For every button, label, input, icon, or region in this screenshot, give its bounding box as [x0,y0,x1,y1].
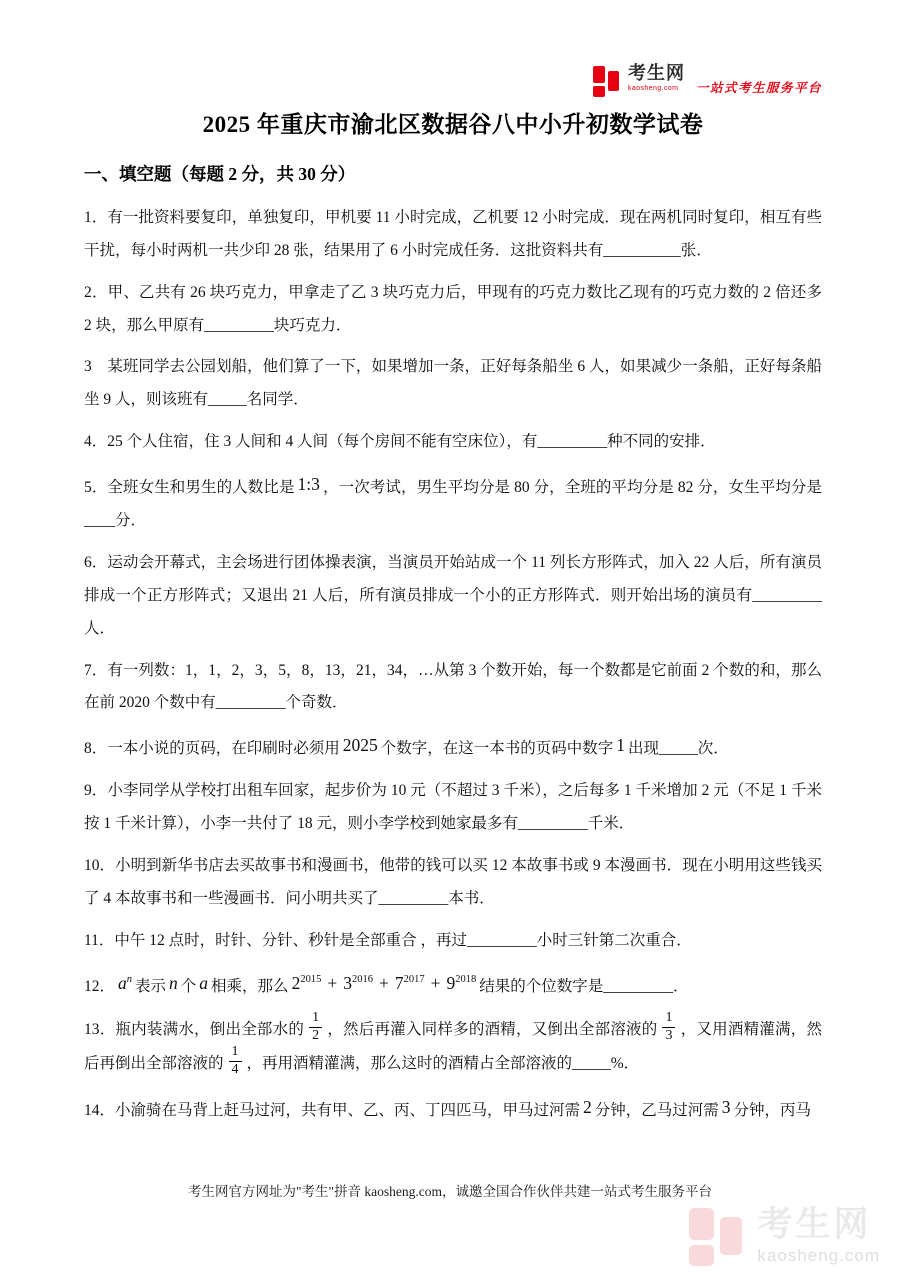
question-text: 结果的个位数字是_________． [479,978,688,995]
math-expression: + [376,973,392,993]
question-2: 2．甲、乙共有 26 块巧克力，甲拿走了乙 3 块巧克力后，甲现有的巧克力数比乙… [84,277,822,343]
question-1: 1．有一批资料要复印，单独复印，甲机要 11 小时完成，乙机要 12 小时完成．… [84,202,822,268]
question-13: 13．瓶内装满水，倒出全部水的12，然后再灌入同样多的酒精，又倒出全部溶液的13… [84,1013,822,1082]
question-text: 个 [181,978,197,995]
question-11: 11．中午 12 点时，时针、分针、秒针是全部重合 ，再过_________小时… [84,925,822,958]
question-text: 7．有一列数：1，1，2，3，5，8，13，21，34，…从第 3 个数开始，每… [84,662,822,712]
math-expression: 2 [580,1097,595,1117]
fraction: 13 [662,1010,675,1045]
question-text: 14．小渝骑在马背上赶马过河，共有甲、乙、丙、丁四匹马，甲马过河需 [84,1102,580,1119]
question-text: 8．一本小说的页码，在印刷时必须用 [84,740,340,757]
question-text: 分钟，丙马 [734,1102,812,1119]
question-text: 3 某班同学去公园划船，他们算了一下，如果增加一条，正好每条船坐 6 人，如果减… [84,358,822,408]
question-text: 13．瓶内装满水，倒出全部水的 [84,1021,304,1038]
question-text: 分钟，乙马过河需 [595,1102,719,1119]
kaosheng-watermark: 考生网 kaosheng.com [689,1204,880,1266]
question-text: 9．小李同学从学校打出租车回家，起步价为 10 元（不超过 3 千米），之后每多… [84,782,822,832]
math-expression: 1:3 [295,474,323,494]
section-heading: 一、填空题（每题 2 分，共 30 分） [84,161,822,186]
question-7: 7．有一列数：1，1，2，3，5，8，13，21，34，…从第 3 个数开始，每… [84,655,822,721]
kaosheng-logo: 考生网 kaosheng.com 一站式考生服务平台 [593,64,822,97]
question-10: 10．小明到新华书店去买故事书和漫画书，他带的钱可以买 12 本故事书或 9 本… [84,850,822,916]
question-text: 12． [84,978,115,995]
logo-block-icon [689,1208,714,1240]
footer-note: 考生网官方网址为"考生"拼音 kaosheng.com，诚邀全国合作伙伴共建一站… [0,1180,900,1200]
question-text: 6．运动会开幕式，主会场进行团体操表演，当演员开始站成一个 11 列长方形阵式，… [84,554,822,637]
math-expression: + [428,973,444,993]
question-text: ，然后再灌入同样多的酒精，又倒出全部溶液的 [327,1021,657,1038]
question-text: 相乘，那么 [211,978,289,995]
kaosheng-watermark-icon [689,1204,747,1266]
question-text: 个数字，在这一本书的页码中数字 [381,740,614,757]
question-5: 5．全班女生和男生的人数比是1:3，一次考试，男生平均分是 80 分，全班的平均… [84,468,822,538]
fraction: 12 [309,1010,322,1045]
exam-page: 考生网 kaosheng.com 一站式考生服务平台 2025 年重庆市渝北区数… [0,0,900,1272]
page-title: 2025 年重庆市渝北区数据谷八中小升初数学试卷 [84,106,822,139]
brand-text: 考生网 kaosheng.com [628,64,685,92]
math-power-expression: 92018 [443,973,479,993]
question-text: 1．有一批资料要复印，单独复印，甲机要 11 小时完成，乙机要 12 小时完成．… [84,209,822,259]
brand-name: 考生网 [628,64,685,82]
question-text: 2．甲、乙共有 26 块巧克力，甲拿走了乙 3 块巧克力后，甲现有的巧克力数比乙… [84,284,822,334]
brand-domain: kaosheng.com [628,85,685,92]
math-expression: 3 [719,1097,734,1117]
kaosheng-logo-icon [593,64,621,97]
question-text: 10．小明到新华书店去买故事书和漫画书，他带的钱可以买 12 本故事书或 9 本… [84,857,822,907]
question-6: 6．运动会开幕式，主会场进行团体操表演，当演员开始站成一个 11 列长方形阵式，… [84,547,822,646]
math-expression: + [324,973,340,993]
question-8: 8．一本小说的页码，在印刷时必须用2025个数字，在这一本书的页码中数字1出现_… [84,729,822,766]
math-expression: 1 [613,735,628,755]
question-4: 4．25 个人住宿，住 3 人间和 4 人间（每个房间不能有空床位），有____… [84,426,822,459]
document-content: 2025 年重庆市渝北区数据谷八中小升初数学试卷 一、填空题（每题 2 分，共 … [0,0,900,1128]
question-12: 12．an表示n个a相乘，那么22015+32016+72017+92018结果… [84,967,822,1004]
questions-list: 1．有一批资料要复印，单独复印，甲机要 11 小时完成，乙机要 12 小时完成．… [84,202,822,1128]
question-text: ，再用酒精灌满，那么这时的酒精占全部溶液的_____%． [247,1055,640,1072]
question-text: 表示 [135,978,166,995]
question-3: 3 某班同学去公园划船，他们算了一下，如果增加一条，正好每条船坐 6 人，如果减… [84,351,822,417]
question-text: 4．25 个人住宿，住 3 人间和 4 人间（每个房间不能有空床位），有____… [84,433,716,450]
math-expression: 2025 [340,735,381,755]
question-text: 出现_____次． [628,740,729,757]
watermark-brand-name: 考生网 [757,1207,880,1242]
logo-block-icon [593,66,605,83]
math-variable: n [166,973,181,993]
fraction: 14 [229,1044,242,1079]
logo-block-icon [720,1217,742,1255]
math-power-expression: an [115,973,135,993]
math-power-expression: 22015 [289,973,325,993]
math-power-expression: 32016 [340,973,376,993]
logo-block-icon [608,71,619,91]
logo-block-icon [689,1245,714,1266]
watermark-brand-domain: kaosheng.com [757,1247,880,1264]
math-variable: a [196,973,211,993]
watermark-text: 考生网 kaosheng.com [757,1207,880,1264]
question-text: 5．全班女生和男生的人数比是 [84,479,295,496]
question-text: 11．中午 12 点时，时针、分针、秒针是全部重合 ，再过_________小时… [84,932,692,949]
question-14: 14．小渝骑在马背上赶马过河，共有甲、乙、丙、丁四匹马，甲马过河需2分钟，乙马过… [84,1091,822,1128]
logo-block-icon [593,86,605,97]
brand-slogan: 一站式考生服务平台 [696,78,822,96]
question-9: 9．小李同学从学校打出租车回家，起步价为 10 元（不超过 3 千米），之后每多… [84,775,822,841]
math-power-expression: 72017 [392,973,428,993]
